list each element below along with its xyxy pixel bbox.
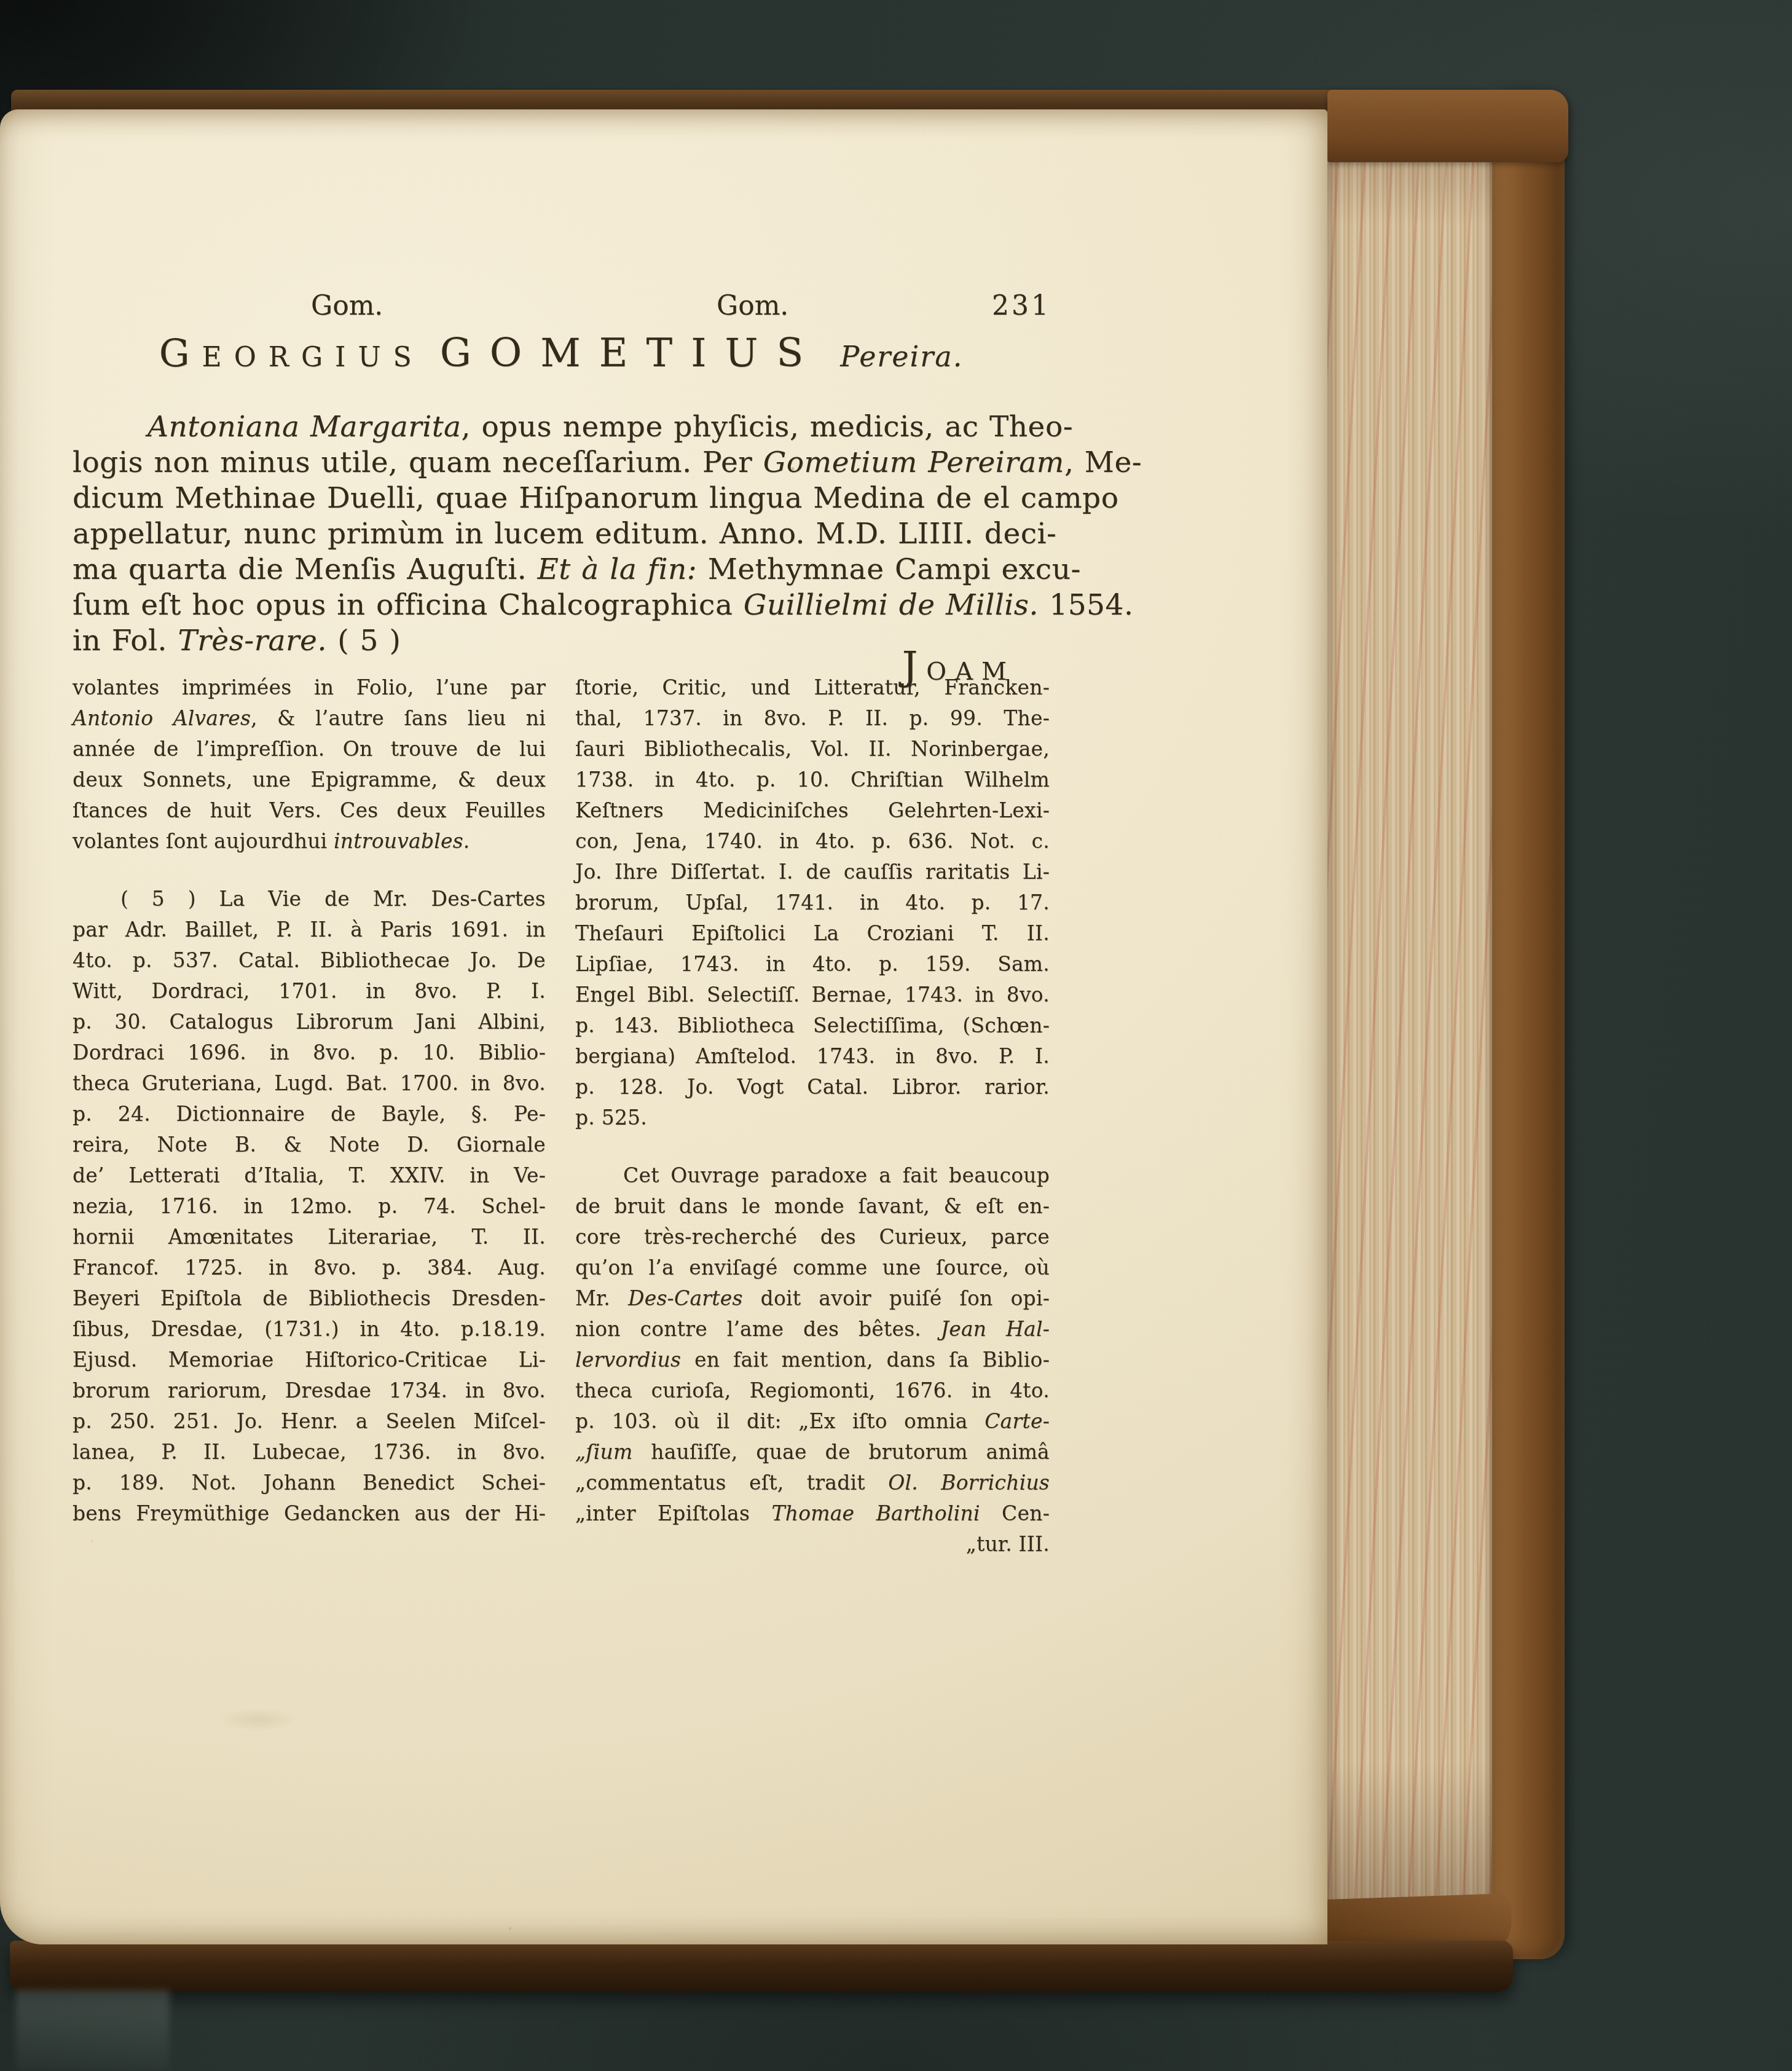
text-segment: Theſauri Epiſtolici La Croziani T. II. — [575, 921, 1050, 945]
text-line: Lipſiae, 1743. in 4to. p. 159. Sam. — [575, 949, 1050, 980]
italic-text-segment: Guillielmi de Millis. — [744, 588, 1039, 622]
text-line: p. 250. 251. Jo. Henr. a Seelen Miſcel- — [73, 1406, 546, 1437]
text-segment: ſauri Bibliothecalis, Vol. II. Norinberg… — [575, 737, 1050, 761]
text-line: année de l’impreſſion. On trouve de lui — [73, 734, 546, 764]
text-line: 4to. p. 537. Catal. Bibliothecae Jo. De — [73, 945, 546, 976]
text-segment: hauſiſſe, quae de brutorum animâ — [632, 1440, 1050, 1464]
text-segment: Francof. 1725. in 8vo. p. 384. Aug. — [73, 1256, 546, 1279]
text-segment: appellatur, nunc primùm in lucem editum.… — [73, 517, 1056, 551]
text-line: Antoniana Margarita, opus nempe phyſicis… — [73, 409, 1050, 445]
text-segment: Witt, Dordraci, 1701. in 8vo. P. I. — [73, 979, 546, 1003]
text-line: bens Freymüthige Gedancken aus der Hi- — [73, 1498, 546, 1529]
text-segment: Ejusd. Memoriae Hiſtorico-Criticae Li- — [73, 1348, 546, 1372]
text-segment: Cet Ouvrage paradoxe a fait beaucoup — [623, 1163, 1050, 1187]
text-line: Engel Bibl. Selectiſſ. Bernae, 1743. in … — [575, 980, 1050, 1010]
text-line: Jo. Ihre Diſſertat. I. de cauſſis rarita… — [575, 857, 1050, 887]
book-spine-shadow — [16, 1990, 170, 2071]
article-title: GeorgiusGOMETIUSPereira. — [73, 331, 1050, 376]
text-line: appellatur, nunc primùm in lucem editum.… — [73, 516, 1050, 552]
text-segment: ſtorie, Critic, und Litteratur, Francken… — [575, 675, 1050, 699]
text-line: nezia, 1716. in 12mo. p. 74. Schel- — [73, 1191, 546, 1222]
book-cover-top-corner — [1327, 90, 1568, 162]
footnote-column-right: ſtorie, Critic, und Litteratur, Francken… — [575, 672, 1050, 1560]
italic-text-segment: Antoniana Margarita — [147, 410, 462, 444]
text-segment: de’ Letterati d’Italia, T. XXIV. in Ve- — [73, 1163, 546, 1187]
text-line: p. 103. où il dit: „Ex iſto omnia Carte- — [575, 1406, 1050, 1437]
text-segment: core très-recherché des Curieux, parce — [575, 1225, 1050, 1249]
text-segment: p. 525. — [575, 1106, 647, 1130]
text-line: „inter Epiſtolas Thomae Bartholini Cen- — [575, 1498, 1050, 1529]
text-gap — [73, 857, 546, 884]
text-line: ſtances de huit Vers. Ces deux Feuilles — [73, 795, 546, 826]
text-segment: brorum rariorum, Dresdae 1734. in 8vo. — [73, 1378, 546, 1402]
italic-text-segment: introuvables. — [334, 829, 470, 853]
text-segment: p. 30. Catalogus Librorum Jani Albini, — [73, 1010, 546, 1034]
text-segment: Cen- — [980, 1501, 1050, 1525]
text-segment: p. 24. Dictionnaire de Bayle, §. Pe- — [73, 1102, 546, 1126]
italic-text-segment: Et à la fin: — [538, 552, 698, 586]
text-segment: hornii Amœnitates Literariae, T. II. — [73, 1225, 546, 1249]
text-line: Ejusd. Memoriae Hiſtorico-Criticae Li- — [73, 1345, 546, 1375]
text-line: theca Gruteriana, Lugd. Bat. 1700. in 8v… — [73, 1068, 546, 1099]
text-segment: ſum eſt hoc opus in officina Chalcograph… — [73, 588, 744, 622]
book-cover-leather — [1492, 92, 1565, 1959]
text-segment: ſibus, Dresdae, (1731.) in 4to. p.18.19. — [73, 1317, 546, 1341]
text-segment: Mr. — [575, 1286, 628, 1310]
text-segment: , opus nempe phyſicis, medicis, ac Theo- — [462, 410, 1074, 444]
text-line: Beyeri Epiſtola de Bibliothecis Dresden- — [73, 1283, 546, 1314]
text-segment: 1738. in 4to. p. 10. Chriſtian Wilhelm — [575, 768, 1050, 792]
text-segment: deux Sonnets, une Epigramme, & deux — [73, 768, 546, 792]
text-line: con, Jena, 1740. in 4to. p. 636. Not. c. — [575, 826, 1050, 857]
text-segment: p. 128. Jo. Vogt Catal. Libror. rarior. — [575, 1075, 1050, 1099]
text-segment: de bruit dans le monde ſavant, & eſt en- — [575, 1194, 1050, 1218]
text-segment: année de l’impreſſion. On trouve de lui — [73, 737, 546, 761]
text-segment: con, Jena, 1740. in 4to. p. 636. Not. c. — [575, 829, 1050, 853]
italic-text-segment: Antonio Alvares — [73, 706, 251, 730]
text-line: Theſauri Epiſtolici La Croziani T. II. — [575, 918, 1050, 949]
text-line: nion contre l’ame des bêtes. Jean Hal- — [575, 1314, 1050, 1345]
text-segment: „tur. III. — [966, 1532, 1050, 1556]
text-segment: p. 250. 251. Jo. Henr. a Seelen Miſcel- — [73, 1409, 546, 1433]
text-segment: nion contre l’ame des bêtes. — [575, 1317, 941, 1341]
italic-text-segment: lervordius — [575, 1348, 681, 1372]
text-segment: ſtances de huit Vers. Ces deux Feuilles — [73, 798, 546, 822]
text-segment: p. 143. Bibliotheca Selectiſſima, (Schœn… — [575, 1013, 1050, 1037]
text-segment: Methymnae Campi excu- — [697, 552, 1081, 586]
title-epithet: Pereira. — [840, 340, 963, 373]
book-bottom-edge — [10, 1941, 1513, 1992]
title-surname: GOMETIUS — [440, 331, 822, 376]
text-segment: ( 5 ) La Vie de Mr. Des-Cartes — [120, 887, 546, 911]
text-line: hornii Amœnitates Literariae, T. II. — [73, 1222, 546, 1252]
running-head-left: Gom. — [311, 290, 383, 321]
text-line: p. 189. Not. Johann Benedict Schei- — [73, 1468, 546, 1498]
text-segment: volantes imprimées in Folio, l’une par — [73, 675, 546, 699]
text-line: p. 30. Catalogus Librorum Jani Albini, — [73, 1007, 546, 1037]
text-segment: p. 103. où il dit: „Ex iſto omnia — [575, 1409, 984, 1433]
text-segment: 4to. p. 537. Catal. Bibliothecae Jo. De — [73, 948, 546, 972]
italic-text-segment: Ol. Borrichius — [888, 1471, 1050, 1495]
text-segment: Dordraci 1696. in 8vo. p. 10. Biblio- — [73, 1040, 546, 1064]
text-line: volantes imprimées in Folio, l’une par — [73, 672, 546, 703]
text-segment: bergiana) Amſtelod. 1743. in 8vo. P. I. — [575, 1044, 1050, 1068]
text-line: ſauri Bibliothecalis, Vol. II. Norinberg… — [575, 734, 1050, 764]
text-segment: en fait mention, dans ſa Biblio- — [681, 1348, 1050, 1372]
text-line: core très-recherché des Curieux, parce — [575, 1222, 1050, 1252]
text-segment: brorum, Upſal, 1741. in 4to. p. 17. — [575, 890, 1050, 914]
text-line: p. 128. Jo. Vogt Catal. Libror. rarior. — [575, 1072, 1050, 1102]
text-segment: , & l’autre ſans lieu ni — [251, 706, 546, 730]
text-line: dicum Methinae Duelli, quae Hiſpanorum l… — [73, 481, 1050, 516]
text-line: reira, Note B. & Note D. Giornale — [73, 1130, 546, 1160]
book-page: Gom. Gom. 231 GeorgiusGOMETIUSPereira. A… — [0, 109, 1327, 1944]
italic-text-segment: Carte- — [984, 1409, 1050, 1433]
text-segment: qu’on l’a enviſagé comme une ſource, où — [575, 1256, 1050, 1279]
text-segment: Engel Bibl. Selectiſſ. Bernae, 1743. in … — [575, 983, 1050, 1007]
scanned-book-photo: Gom. Gom. 231 GeorgiusGOMETIUSPereira. A… — [0, 0, 1792, 2071]
text-line: ſum eſt hoc opus in officina Chalcograph… — [73, 588, 1050, 623]
text-line: thal, 1737. in 8vo. P. II. p. 99. The- — [575, 703, 1050, 734]
text-segment: ma quarta die Menſis Auguſti. — [73, 552, 538, 586]
page-number: 231 — [992, 290, 1051, 321]
italic-text-segment: Thomae Bartholini — [771, 1501, 980, 1525]
text-line: par Adr. Baillet, P. II. à Paris 1691. i… — [73, 914, 546, 945]
text-gap — [575, 1133, 1050, 1160]
text-segment: p. 189. Not. Johann Benedict Schei- — [73, 1471, 546, 1495]
text-line: lervordius en fait mention, dans ſa Bibl… — [575, 1345, 1050, 1375]
footnote-column-left: volantes imprimées in Folio, l’une parAn… — [73, 672, 546, 1529]
text-segment: reira, Note B. & Note D. Giornale — [73, 1133, 546, 1157]
italic-text-segment: „ſium — [575, 1440, 632, 1464]
text-line: bergiana) Amſtelod. 1743. in 8vo. P. I. — [575, 1041, 1050, 1072]
text-line: Witt, Dordraci, 1701. in 8vo. P. I. — [73, 976, 546, 1007]
text-line: p. 525. — [575, 1102, 1050, 1133]
text-segment: nezia, 1716. in 12mo. p. 74. Schel- — [73, 1194, 546, 1218]
text-segment: par Adr. Baillet, P. II. à Paris 1691. i… — [73, 918, 546, 941]
text-segment: dicum Methinae Duelli, quae Hiſpanorum l… — [73, 481, 1118, 515]
text-line: „commentatus eſt, tradit Ol. Borrichius — [575, 1468, 1050, 1498]
text-line: volantes ſont aujourdhui introuvables. — [73, 826, 546, 857]
text-line: p. 143. Bibliotheca Selectiſſima, (Schœn… — [575, 1010, 1050, 1041]
text-segment: doit avoir puiſé ſon opi- — [743, 1286, 1050, 1310]
text-line: brorum rariorum, Dresdae 1734. in 8vo. — [73, 1375, 546, 1406]
text-line: „ſium hauſiſſe, quae de brutorum animâ — [575, 1437, 1050, 1468]
text-segment: ( 5 ) — [327, 624, 401, 658]
text-segment: theca curioſa, Regiomonti, 1676. in 4to. — [575, 1378, 1050, 1402]
text-segment: „commentatus eſt, tradit — [575, 1471, 888, 1495]
text-segment: volantes ſont aujourdhui — [73, 829, 334, 853]
text-line: Mr. Des-Cartes doit avoir puiſé ſon opi- — [575, 1283, 1050, 1314]
text-segment: in Fol. — [73, 624, 178, 658]
page-text-block: Gom. Gom. 231 GeorgiusGOMETIUSPereira. A… — [73, 109, 1050, 1944]
text-line: p. 24. Dictionnaire de Bayle, §. Pe- — [73, 1099, 546, 1130]
text-segment: lanea, P. II. Lubecae, 1736. in 8vo. — [73, 1440, 546, 1464]
text-segment: „inter Epiſtolas — [575, 1501, 771, 1525]
text-segment: logis non minus utile, quam neceſſarium.… — [73, 446, 763, 479]
text-line: logis non minus utile, quam neceſſarium.… — [73, 445, 1050, 481]
text-segment: thal, 1737. in 8vo. P. II. p. 99. The- — [575, 706, 1050, 730]
text-line: Cet Ouvrage paradoxe a fait beaucoup — [575, 1160, 1050, 1191]
title-forename: Georgius — [159, 331, 424, 375]
article-paragraph: Antoniana Margarita, opus nempe phyſicis… — [73, 409, 1050, 659]
text-line: Keſtners Mediciniſches Gelehrten-Lexi- — [575, 795, 1050, 826]
text-line: Antonio Alvares, & l’autre ſans lieu ni — [73, 703, 546, 734]
text-line: Dordraci 1696. in 8vo. p. 10. Biblio- — [73, 1037, 546, 1068]
text-segment: 1554. — [1039, 588, 1134, 622]
text-line: brorum, Upſal, 1741. in 4to. p. 17. — [575, 887, 1050, 918]
italic-text-segment: Gometium Pereiram — [763, 446, 1064, 479]
text-line: deux Sonnets, une Epigramme, & deux — [73, 764, 546, 795]
text-segment: Lipſiae, 1743. in 4to. p. 159. Sam. — [575, 952, 1050, 976]
text-segment: Keſtners Mediciniſches Gelehrten-Lexi- — [575, 798, 1050, 822]
text-segment: theca Gruteriana, Lugd. Bat. 1700. in 8v… — [73, 1071, 546, 1095]
text-line: lanea, P. II. Lubecae, 1736. in 8vo. — [73, 1437, 546, 1468]
text-segment: bens Freymüthige Gedancken aus der Hi- — [73, 1501, 546, 1525]
text-segment: Beyeri Epiſtola de Bibliothecis Dresden- — [73, 1286, 546, 1310]
text-segment: Jo. Ihre Diſſertat. I. de cauſſis rarita… — [575, 860, 1050, 884]
running-head-center: Gom. — [717, 290, 788, 321]
italic-text-segment: Jean Hal- — [941, 1317, 1050, 1341]
text-line: ſtorie, Critic, und Litteratur, Francken… — [575, 672, 1050, 703]
text-line: 1738. in 4to. p. 10. Chriſtian Wilhelm — [575, 764, 1050, 795]
text-line: Francof. 1725. in 8vo. p. 384. Aug. — [73, 1252, 546, 1283]
text-line: de bruit dans le monde ſavant, & eſt en- — [575, 1191, 1050, 1222]
italic-text-segment: Des-Cartes — [628, 1286, 743, 1310]
text-line: qu’on l’a enviſagé comme une ſource, où — [575, 1252, 1050, 1283]
book-fore-edge-pages — [1327, 116, 1493, 1946]
italic-text-segment: Très-rare. — [178, 624, 327, 658]
text-line: theca curioſa, Regiomonti, 1676. in 4to. — [575, 1375, 1050, 1406]
text-segment: , Me- — [1064, 446, 1142, 479]
text-line: ma quarta die Menſis Auguſti. Et à la fi… — [73, 552, 1050, 588]
text-line: ſibus, Dresdae, (1731.) in 4to. p.18.19. — [73, 1314, 546, 1345]
text-line: ( 5 ) La Vie de Mr. Des-Cartes — [73, 884, 546, 914]
text-line: de’ Letterati d’Italia, T. XXIV. in Ve- — [73, 1160, 546, 1191]
text-line: „tur. III. — [575, 1529, 1050, 1560]
running-head: Gom. Gom. 231 — [73, 290, 1050, 327]
